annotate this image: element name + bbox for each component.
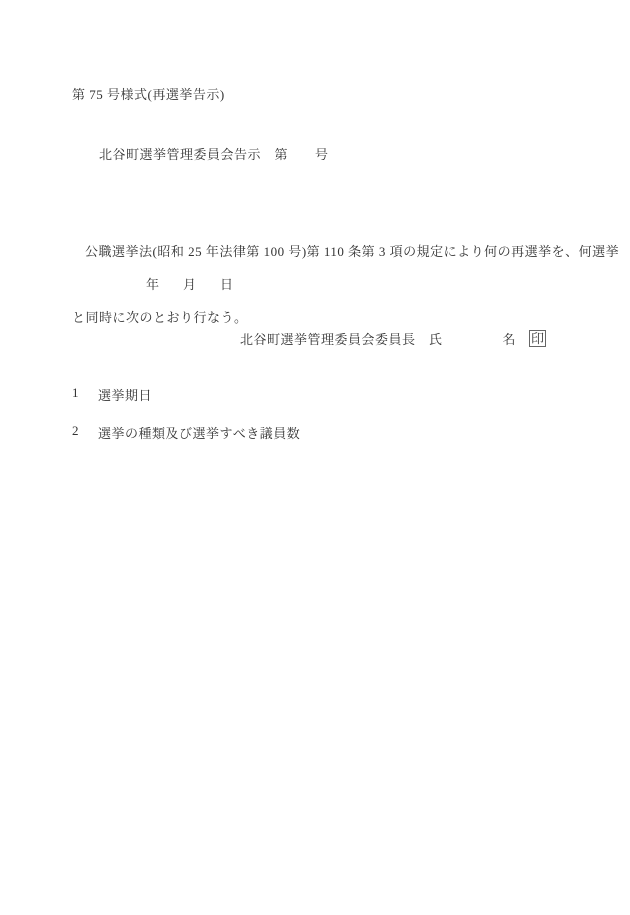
date-day-label: 日 <box>220 274 233 293</box>
document-page: 第 75 号様式(再選挙告示) 北谷町選挙管理委員会告示 第 号 公職選挙法(昭… <box>0 0 630 915</box>
date-line: 年 月 日 <box>146 274 233 293</box>
body-paragraph-line-2: と同時に次のとおり行なう。 <box>72 307 582 329</box>
date-gap <box>159 274 183 293</box>
notice-number-line: 北谷町選挙管理委員会告示 第 号 <box>99 144 329 163</box>
date-year-label: 年 <box>146 274 159 293</box>
signature-line: 北谷町選挙管理委員会委員長 氏 名 印 <box>240 329 546 348</box>
date-month-label: 月 <box>183 274 196 293</box>
seal-box: 印 <box>529 330 546 348</box>
item-label: 選挙期日 <box>98 385 152 404</box>
signature-given-name-label: 名 <box>503 329 517 348</box>
date-gap <box>196 274 220 293</box>
signature-office-and-surname-label: 北谷町選挙管理委員会委員長 氏 <box>240 329 443 348</box>
body-paragraph-line-1: 公職選挙法(昭和 25 年法律第 100 号)第 110 条第 3 項の規定によ… <box>72 241 582 263</box>
item-number: 2 <box>72 423 98 442</box>
item-number: 1 <box>72 385 98 404</box>
item-label: 選挙の種類及び選挙すべき議員数 <box>98 423 300 442</box>
form-number-line: 第 75 号様式(再選挙告示) <box>72 84 225 103</box>
list-item-election-type: 2 選挙の種類及び選挙すべき議員数 <box>72 423 300 442</box>
list-item-election-date: 1 選挙期日 <box>72 385 152 404</box>
